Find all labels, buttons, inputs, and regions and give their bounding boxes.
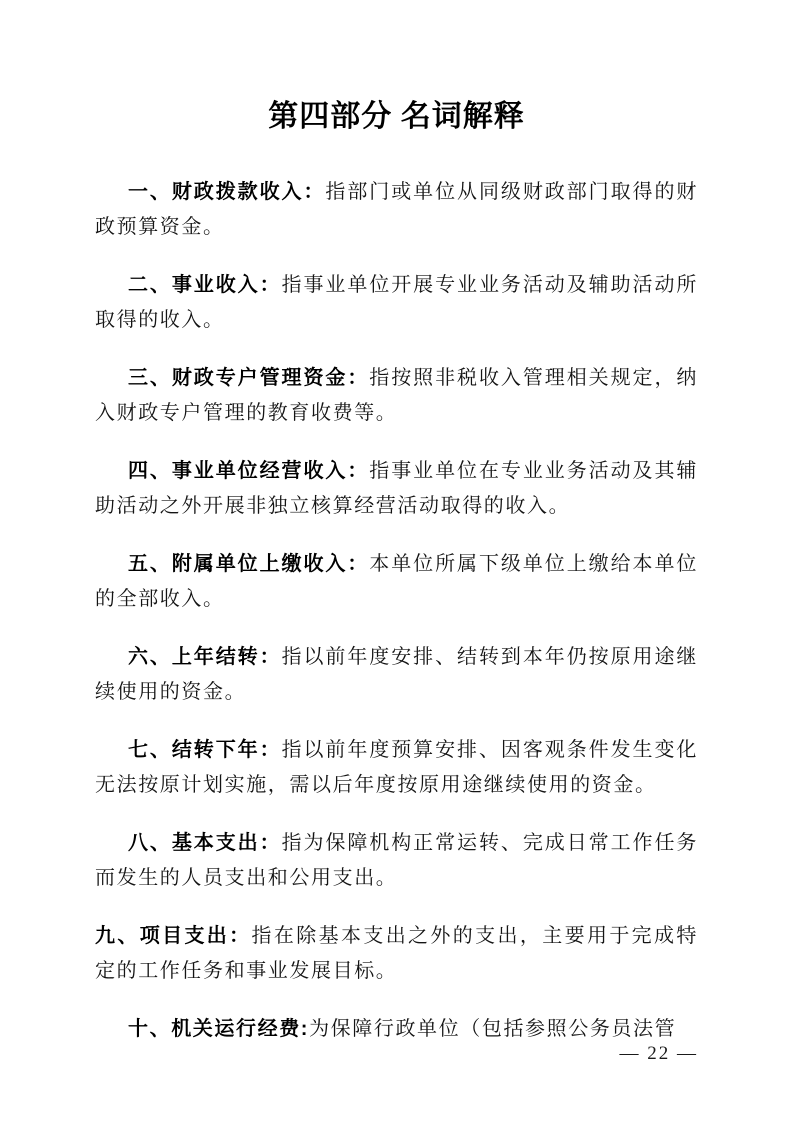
definition-paragraph-10: 十、机关运行经费:为保障行政单位（包括参照公务员法管 — [95, 1012, 698, 1047]
page-title: 第四部分 名词解释 — [95, 98, 698, 136]
definition-term-3: 三、财政专户管理资金： — [128, 367, 369, 389]
definition-term-10: 十、机关运行经费: — [128, 1018, 309, 1040]
definition-term-8: 八、基本支出： — [128, 832, 282, 854]
document-page: 第四部分 名词解释 一、财政拨款收入：指部门或单位从同级财政部门取得的财政预算资… — [0, 0, 793, 1122]
definition-paragraph-1: 一、财政拨款收入：指部门或单位从同级财政部门取得的财政预算资金。 — [95, 175, 698, 245]
definition-paragraph-2: 二、事业收入：指事业单位开展专业业务活动及辅助活动所取得的收入。 — [95, 268, 698, 338]
definition-term-7: 七、结转下年： — [128, 739, 282, 761]
definition-term-4: 四、事业单位经营收入： — [128, 460, 369, 482]
definition-term-5: 五、附属单位上缴收入： — [128, 553, 369, 575]
definition-paragraph-7: 七、结转下年：指以前年度预算安排、因客观条件发生变化无法按原计划实施，需以后年度… — [95, 733, 698, 803]
definition-paragraph-3: 三、财政专户管理资金：指按照非税收入管理相关规定，纳入财政专户管理的教育收费等。 — [95, 361, 698, 431]
definition-paragraph-9: 九、项目支出：指在除基本支出之外的支出，主要用于完成特定的工作任务和事业发展目标… — [95, 919, 698, 989]
definition-paragraph-6: 六、上年结转：指以前年度安排、结转到本年仍按原用途继续使用的资金。 — [95, 640, 698, 710]
definition-paragraph-4: 四、事业单位经营收入：指事业单位在专业业务活动及其辅助活动之外开展非独立核算经营… — [95, 454, 698, 524]
definition-term-1: 一、财政拨款收入： — [128, 181, 325, 203]
definition-term-6: 六、上年结转： — [128, 646, 282, 668]
definition-paragraph-5: 五、附属单位上缴收入：本单位所属下级单位上缴给本单位的全部收入。 — [95, 547, 698, 617]
definition-term-9: 九、项目支出： — [95, 925, 252, 947]
definition-description-10: 为保障行政单位（包括参照公务员法管 — [309, 1018, 676, 1040]
definition-term-2: 二、事业收入： — [128, 274, 282, 296]
definition-paragraph-8: 八、基本支出：指为保障机构正常运转、完成日常工作任务而发生的人员支出和公用支出。 — [95, 826, 698, 896]
page-number: — 22 — — [620, 1043, 699, 1065]
